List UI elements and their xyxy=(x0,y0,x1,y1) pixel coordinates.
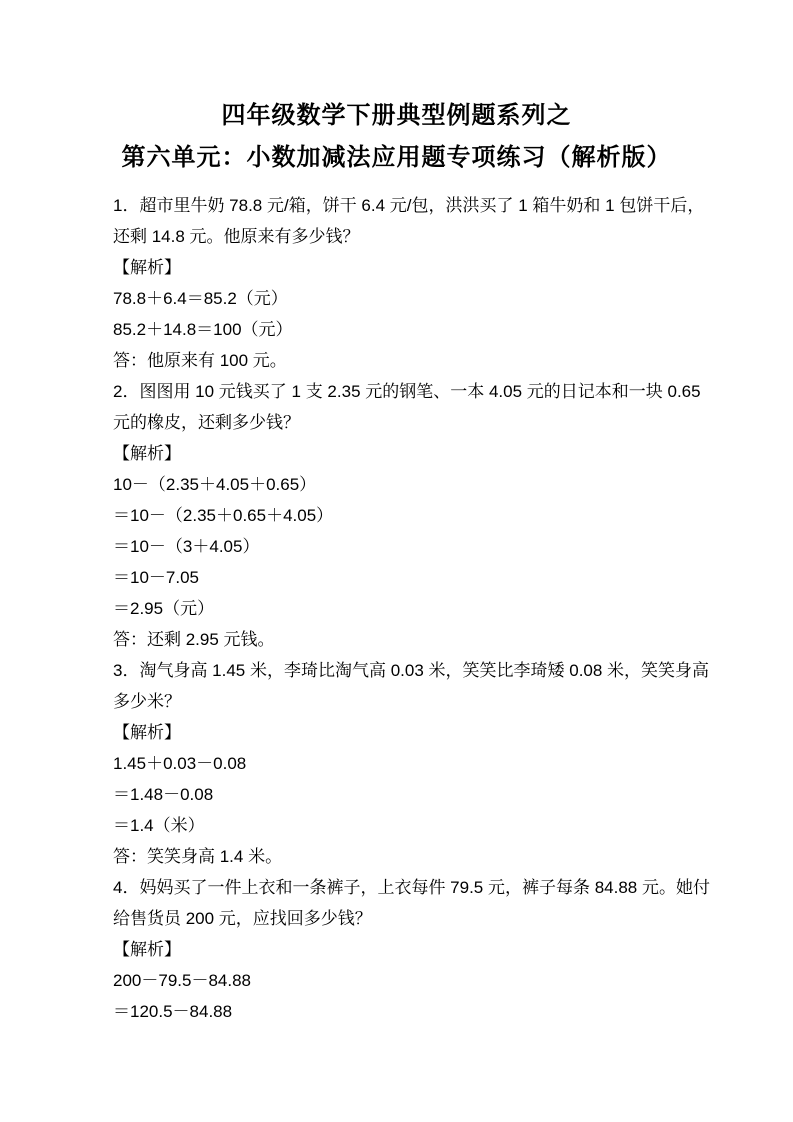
solution-line: ＝1.4（米） xyxy=(113,810,680,841)
question-line: 3．淘气身高 1.45 米，李琦比淘气高 0.03 米，笑笑比李琦矮 0.08 … xyxy=(113,655,680,686)
solution-line: 1.45＋0.03－0.08 xyxy=(113,748,680,779)
analysis-label: 【解析】 xyxy=(113,438,680,469)
answer-line: 答：还剩 2.95 元钱。 xyxy=(113,624,680,655)
solution-line: ＝10－（3＋4.05） xyxy=(113,531,680,562)
question-line: 4．妈妈买了一件上衣和一条裤子，上衣每件 79.5 元，裤子每条 84.88 元… xyxy=(113,872,680,903)
solution-line: ＝2.95（元） xyxy=(113,593,680,624)
analysis-label: 【解析】 xyxy=(113,717,680,748)
analysis-label: 【解析】 xyxy=(113,252,680,283)
solution-line: ＝120.5－84.88 xyxy=(113,996,680,1027)
question-line: 还剩 14.8 元。他原来有多少钱？ xyxy=(113,221,680,252)
question-line: 1．超市里牛奶 78.8 元/箱，饼干 6.4 元/包，洪洪买了 1 箱牛奶和 … xyxy=(113,190,680,221)
problem-section-4: 4．妈妈买了一件上衣和一条裤子，上衣每件 79.5 元，裤子每条 84.88 元… xyxy=(113,872,680,1027)
worksheet-page: 四年级数学下册典型例题系列之 第六单元：小数加减法应用题专项练习（解析版） 1．… xyxy=(0,0,793,1122)
question-line: 给售货员 200 元，应找回多少钱？ xyxy=(113,903,680,934)
answer-line: 答：他原来有 100 元。 xyxy=(113,345,680,376)
solution-line: ＝10－7.05 xyxy=(113,562,680,593)
solution-line: 78.8＋6.4＝85.2（元） xyxy=(113,283,680,314)
problems-container: 1．超市里牛奶 78.8 元/箱，饼干 6.4 元/包，洪洪买了 1 箱牛奶和 … xyxy=(113,190,680,1027)
problem-section-1: 1．超市里牛奶 78.8 元/箱，饼干 6.4 元/包，洪洪买了 1 箱牛奶和 … xyxy=(113,190,680,376)
analysis-label: 【解析】 xyxy=(113,934,680,965)
solution-line: ＝1.48－0.08 xyxy=(113,779,680,810)
problem-section-2: 2．图图用 10 元钱买了 1 支 2.35 元的钢笔、一本 4.05 元的日记… xyxy=(113,376,680,655)
problem-section-3: 3．淘气身高 1.45 米，李琦比淘气高 0.03 米，笑笑比李琦矮 0.08 … xyxy=(113,655,680,872)
solution-line: ＝10－（2.35＋0.65＋4.05） xyxy=(113,500,680,531)
question-line: 元的橡皮，还剩多少钱？ xyxy=(113,407,680,438)
solution-line: 85.2＋14.8＝100（元） xyxy=(113,314,680,345)
question-line: 2．图图用 10 元钱买了 1 支 2.35 元的钢笔、一本 4.05 元的日记… xyxy=(113,376,680,407)
document-subtitle: 第六单元：小数加减法应用题专项练习（解析版） xyxy=(113,142,680,174)
document-body: 四年级数学下册典型例题系列之 第六单元：小数加减法应用题专项练习（解析版） 1．… xyxy=(0,0,793,1027)
document-title: 四年级数学下册典型例题系列之 xyxy=(113,100,680,132)
answer-line: 答：笑笑身高 1.4 米。 xyxy=(113,841,680,872)
question-line: 多少米？ xyxy=(113,686,680,717)
solution-line: 10－（2.35＋4.05＋0.65） xyxy=(113,469,680,500)
solution-line: 200－79.5－84.88 xyxy=(113,965,680,996)
